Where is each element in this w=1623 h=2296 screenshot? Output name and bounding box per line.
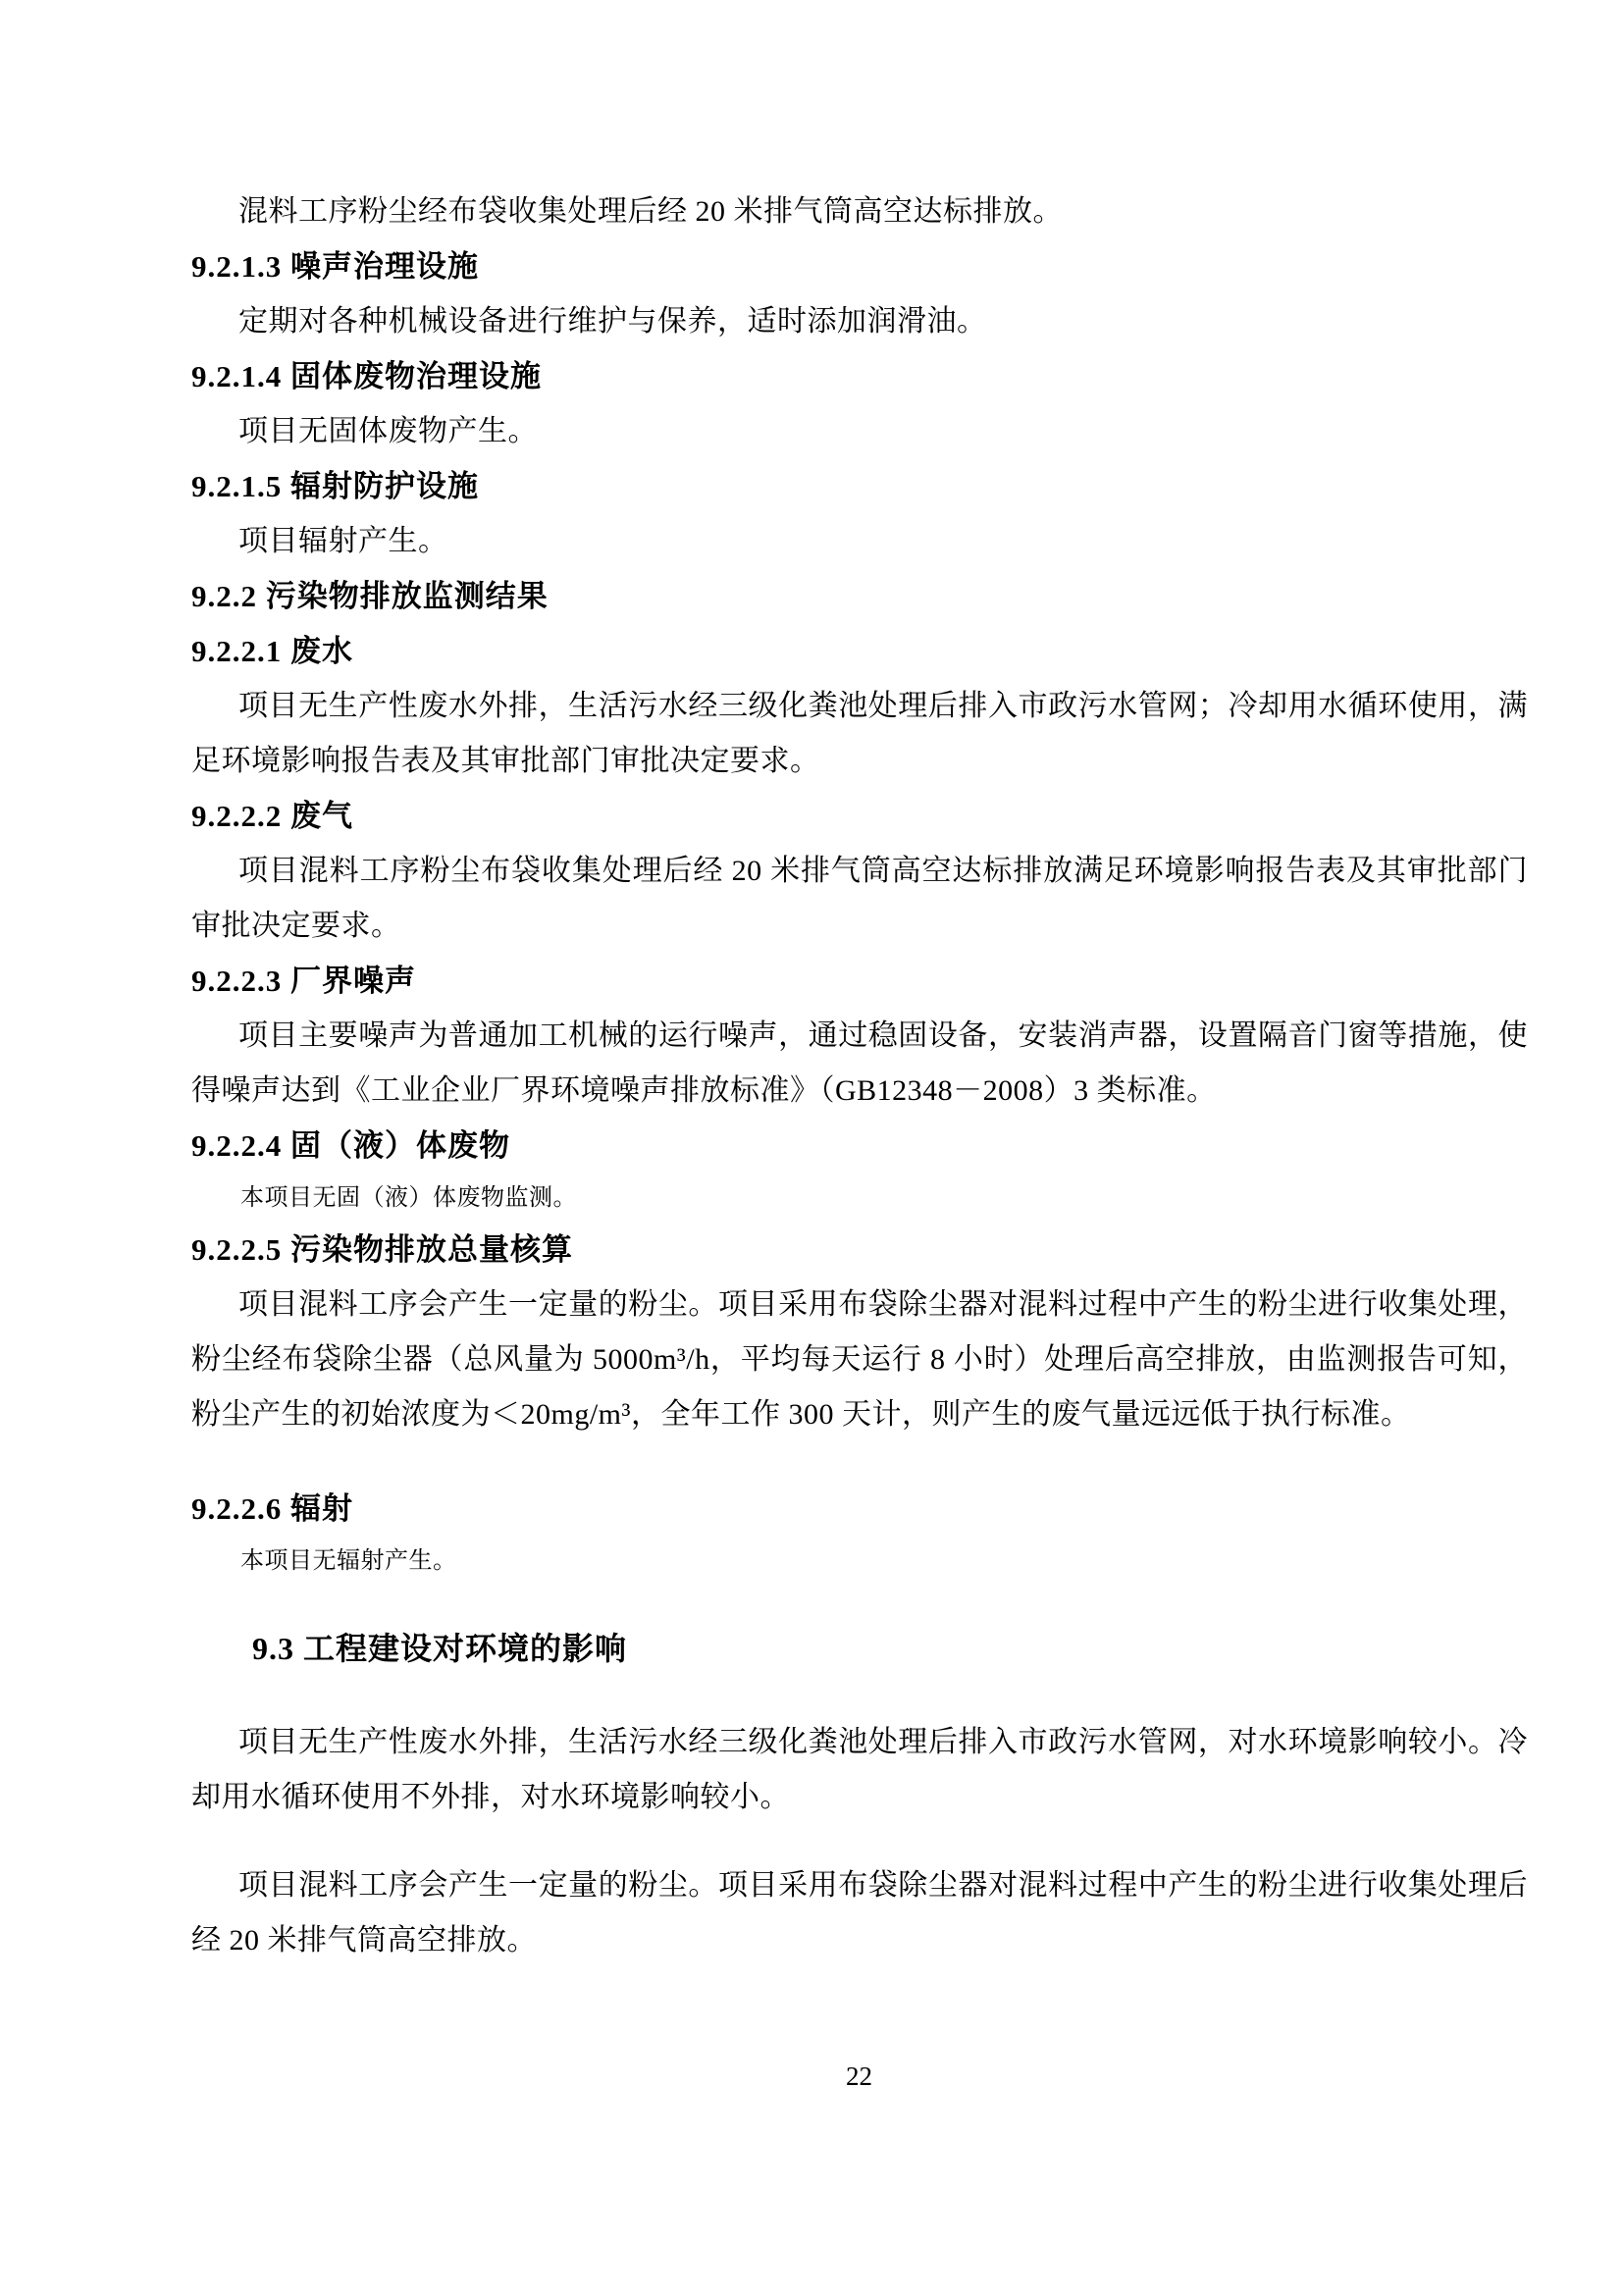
document-page: 混料工序粉尘经布袋收集处理后经 20 米排气筒高空达标排放。 9.2.1.3 噪… [0, 0, 1623, 2296]
section-heading-9-2-2-2: 9.2.2.2 废气 [191, 789, 1528, 844]
section-heading-9-2-2-5: 9.2.2.5 污染物排放总量核算 [191, 1223, 1528, 1278]
paragraph-radiation-facility: 项目辐射产生。 [191, 514, 1528, 569]
page-number: 22 [846, 2061, 872, 2092]
section-heading-9-2-1-3: 9.2.1.3 噪声治理设施 [191, 239, 1528, 294]
paragraph-wastewater: 项目无生产性废水外排，生活污水经三级化粪池处理后排入市政污水管网；冷却用水循环使… [191, 679, 1528, 789]
section-heading-9-2-2-3: 9.2.2.3 厂界噪声 [191, 954, 1528, 1009]
section-heading-9-2-2: 9.2.2 污染物排放监测结果 [191, 569, 1528, 624]
paragraph-total-emission-accounting: 项目混料工序会产生一定量的粉尘。项目采用布袋除尘器对混料过程中产生的粉尘进行收集… [191, 1278, 1528, 1442]
section-heading-9-3: 9.3 工程建设对环境的影响 [191, 1621, 1528, 1676]
section-heading-9-2-2-4: 9.2.2.4 固（液）体废物 [191, 1119, 1528, 1174]
paragraph-boundary-noise: 项目主要噪声为普通加工机械的运行噪声，通过稳固设备，安装消声器，设置隔音门窗等措… [191, 1009, 1528, 1119]
section-heading-9-2-1-4: 9.2.1.4 固体废物治理设施 [191, 349, 1528, 404]
section-heading-9-2-2-6: 9.2.2.6 辐射 [191, 1482, 1528, 1537]
paragraph-noise-facility: 定期对各种机械设备进行维护与保养，适时添加润滑油。 [191, 294, 1528, 349]
section-heading-9-2-2-1: 9.2.2.1 废水 [191, 624, 1528, 679]
section-heading-9-2-1-5: 9.2.1.5 辐射防护设施 [191, 459, 1528, 514]
paragraph-dust-impact: 项目混料工序会产生一定量的粉尘。项目采用布袋除尘器对混料过程中产生的粉尘进行收集… [191, 1858, 1528, 1968]
paragraph-no-radiation: 本项目无辐射产生。 [191, 1537, 1528, 1586]
paragraph-solid-liquid-waste: 本项目无固（液）体废物监测。 [191, 1174, 1528, 1223]
paragraph-solid-waste-facility: 项目无固体废物产生。 [191, 404, 1528, 459]
paragraph-waste-gas: 项目混料工序粉尘布袋收集处理后经 20 米排气筒高空达标排放满足环境影响报告表及… [191, 844, 1528, 954]
paragraph-intro-dust-emission: 混料工序粉尘经布袋收集处理后经 20 米排气筒高空达标排放。 [191, 184, 1528, 239]
page-content: 混料工序粉尘经布袋收集处理后经 20 米排气筒高空达标排放。 9.2.1.3 噪… [191, 0, 1528, 1968]
paragraph-water-impact: 项目无生产性废水外排，生活污水经三级化粪池处理后排入市政污水管网，对水环境影响较… [191, 1715, 1528, 1825]
